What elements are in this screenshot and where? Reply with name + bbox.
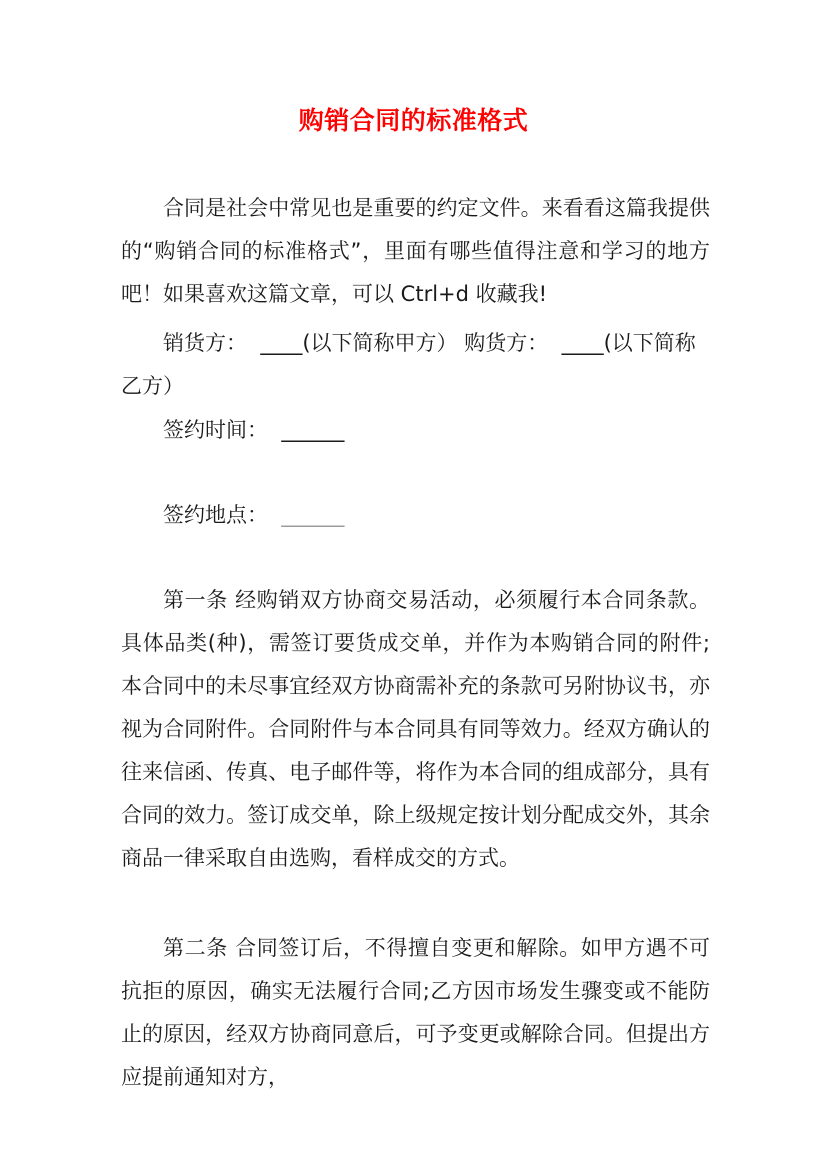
parties-line: 销货方： ____(以下简称甲方） 购货方： ____(以下简称乙方） xyxy=(121,322,710,408)
clause-2-paragraph: 第二条 合同签订后，不得擅自变更和解除。如甲方遇不可抗拒的原因，确实无法履行合同… xyxy=(121,927,710,1099)
sign-place-label: 签约地点： xyxy=(163,503,268,527)
document-title: 购销合同的标准格式 xyxy=(0,103,827,139)
sign-place-line: 签约地点： ______ xyxy=(121,494,710,537)
sign-time-blank: ______ xyxy=(281,418,344,442)
sign-place-blank: ______ xyxy=(281,503,344,527)
clause-1-paragraph: 第一条 经购销双方协商交易活动，必须履行本合同条款。具体品类(种)，需签订要货成… xyxy=(121,579,710,880)
document-page: 购销合同的标准格式 合同是社会中常见也是重要的约定文件。来看看这篇我提供的“购销… xyxy=(0,0,827,1170)
intro-paragraph: 合同是社会中常见也是重要的约定文件。来看看这篇我提供的“购销合同的标准格式”，里… xyxy=(121,187,710,316)
sign-time-line: 签约时间： ______ xyxy=(121,409,710,452)
sign-time-label: 签约时间： xyxy=(163,418,268,442)
